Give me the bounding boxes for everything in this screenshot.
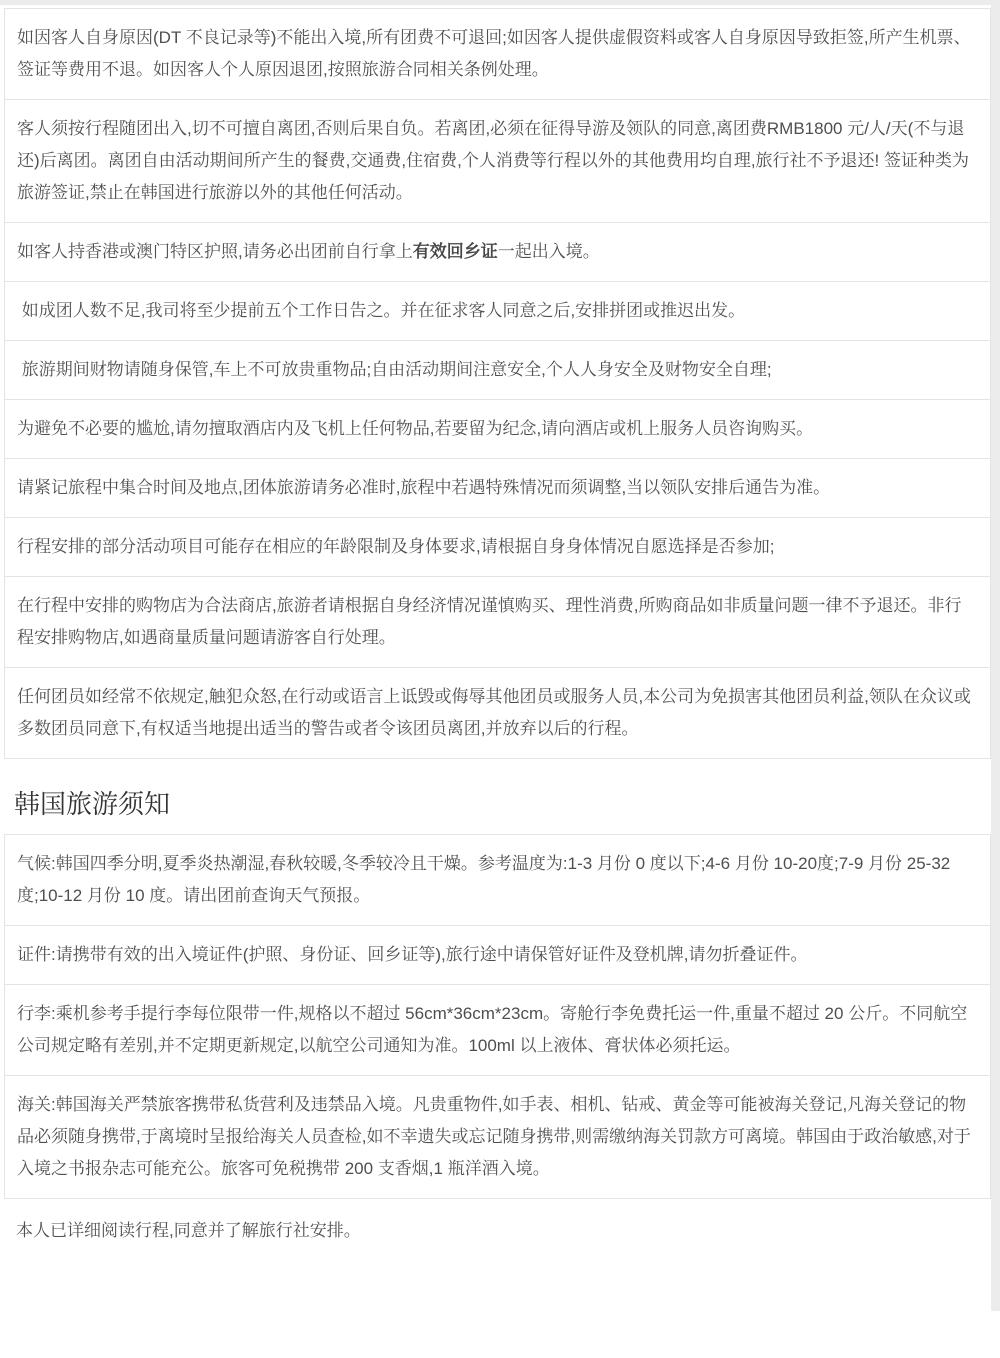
notice-text: 旅游期间财物请随身保管,车上不可放贵重物品;自由活动期间注意安全,个人人身安全及…: [17, 354, 974, 386]
footer-acknowledgement: 本人已详细阅读行程,同意并了解旅行社安排。: [4, 1199, 991, 1260]
travel-terms-document: 如因客人自身原因(DT 不良记录等)不能出入境,所有团费不可退回;如因客人提供虚…: [4, 5, 991, 1260]
notice-row: 如因客人自身原因(DT 不良记录等)不能出入境,所有团费不可退回;如因客人提供虚…: [4, 8, 991, 100]
korea-notice-row-climate: 气候:韩国四季分明,夏季炎热潮湿,春秋较暖,冬季较冷且干燥。参考温度为:1-3 …: [4, 834, 991, 926]
notice-row: 在行程中安排的购物店为合法商店,旅游者请根据自身经济情况谨慎购买、理性消费,所购…: [4, 576, 991, 668]
korea-notice-row-luggage: 行李:乘机参考手提行李每位限带一件,规格以不超过 56cm*36cm*23cm。…: [4, 984, 991, 1076]
notice-row: 客人须按行程随团出入,切不可擅自离团,否则后果自负。若离团,必须在征得导游及领队…: [4, 99, 991, 223]
notice-text: 客人须按行程随团出入,切不可擅自离团,否则后果自负。若离团,必须在征得导游及领队…: [17, 113, 974, 209]
notice-text-bold-home-return-permit: 有效回乡证: [413, 242, 498, 261]
notice-row: 如成团人数不足,我司将至少提前五个工作日告之。并在征求客人同意之后,安排拼团或推…: [4, 281, 991, 341]
notice-text: 如成团人数不足,我司将至少提前五个工作日告之。并在征求客人同意之后,安排拼团或推…: [17, 295, 974, 327]
notice-text: 为避免不必要的尴尬,请勿擅取酒店内及飞机上任何物品,若要留为纪念,请向酒店或机上…: [17, 413, 974, 445]
notice-row: 如客人持香港或澳门特区护照,请务必出团前自行拿上有效回乡证一起出入境。: [4, 222, 991, 282]
notice-text: 气候:韩国四季分明,夏季炎热潮湿,春秋较暖,冬季较冷且干燥。参考温度为:1-3 …: [17, 848, 974, 912]
notice-text: 在行程中安排的购物店为合法商店,旅游者请根据自身经济情况谨慎购买、理性消费,所购…: [17, 590, 974, 654]
notice-text-pre: 如客人持香港或澳门特区护照,请务必出团前自行拿上: [17, 242, 413, 261]
notice-text: 如客人持香港或澳门特区护照,请务必出团前自行拿上有效回乡证一起出入境。: [17, 236, 974, 268]
korea-notice-row-documents: 证件:请携带有效的出入境证件(护照、身份证、回乡证等),旅行途中请保管好证件及登…: [4, 925, 991, 985]
section-heading-korea-travel-notes: 韩国旅游须知: [14, 787, 991, 821]
page-right-strip: [991, 5, 1000, 1311]
notice-text: 行程安排的部分活动项目可能存在相应的年龄限制及身体要求,请根据自身身体情况自愿选…: [17, 531, 974, 563]
notice-text-post: 一起出入境。: [498, 242, 600, 261]
notice-row: 旅游期间财物请随身保管,车上不可放贵重物品;自由活动期间注意安全,个人人身安全及…: [4, 340, 991, 400]
notice-text: 如因客人自身原因(DT 不良记录等)不能出入境,所有团费不可退回;如因客人提供虚…: [17, 22, 974, 86]
notice-text: 任何团员如经常不依规定,触犯众怒,在行动或语言上诋毁或侮辱其他团员或服务人员,本…: [17, 681, 974, 745]
notice-row: 任何团员如经常不依规定,触犯众怒,在行动或语言上诋毁或侮辱其他团员或服务人员,本…: [4, 667, 991, 759]
notice-row: 为避免不必要的尴尬,请勿擅取酒店内及飞机上任何物品,若要留为纪念,请向酒店或机上…: [4, 399, 991, 459]
notice-text: 证件:请携带有效的出入境证件(护照、身份证、回乡证等),旅行途中请保管好证件及登…: [17, 939, 974, 971]
notice-text: 请紧记旅程中集合时间及地点,团体旅游请务必准时,旅程中若遇特殊情况而须调整,当以…: [17, 472, 974, 504]
korea-notice-row-customs: 海关:韩国海关严禁旅客携带私货营利及违禁品入境。凡贵重物件,如手表、相机、钻戒、…: [4, 1075, 991, 1199]
notice-row: 请紧记旅程中集合时间及地点,团体旅游请务必准时,旅程中若遇特殊情况而须调整,当以…: [4, 458, 991, 518]
notice-text: 行李:乘机参考手提行李每位限带一件,规格以不超过 56cm*36cm*23cm。…: [17, 998, 974, 1062]
notice-row: 行程安排的部分活动项目可能存在相应的年龄限制及身体要求,请根据自身身体情况自愿选…: [4, 517, 991, 577]
notice-text: 海关:韩国海关严禁旅客携带私货营利及违禁品入境。凡贵重物件,如手表、相机、钻戒、…: [17, 1089, 974, 1185]
